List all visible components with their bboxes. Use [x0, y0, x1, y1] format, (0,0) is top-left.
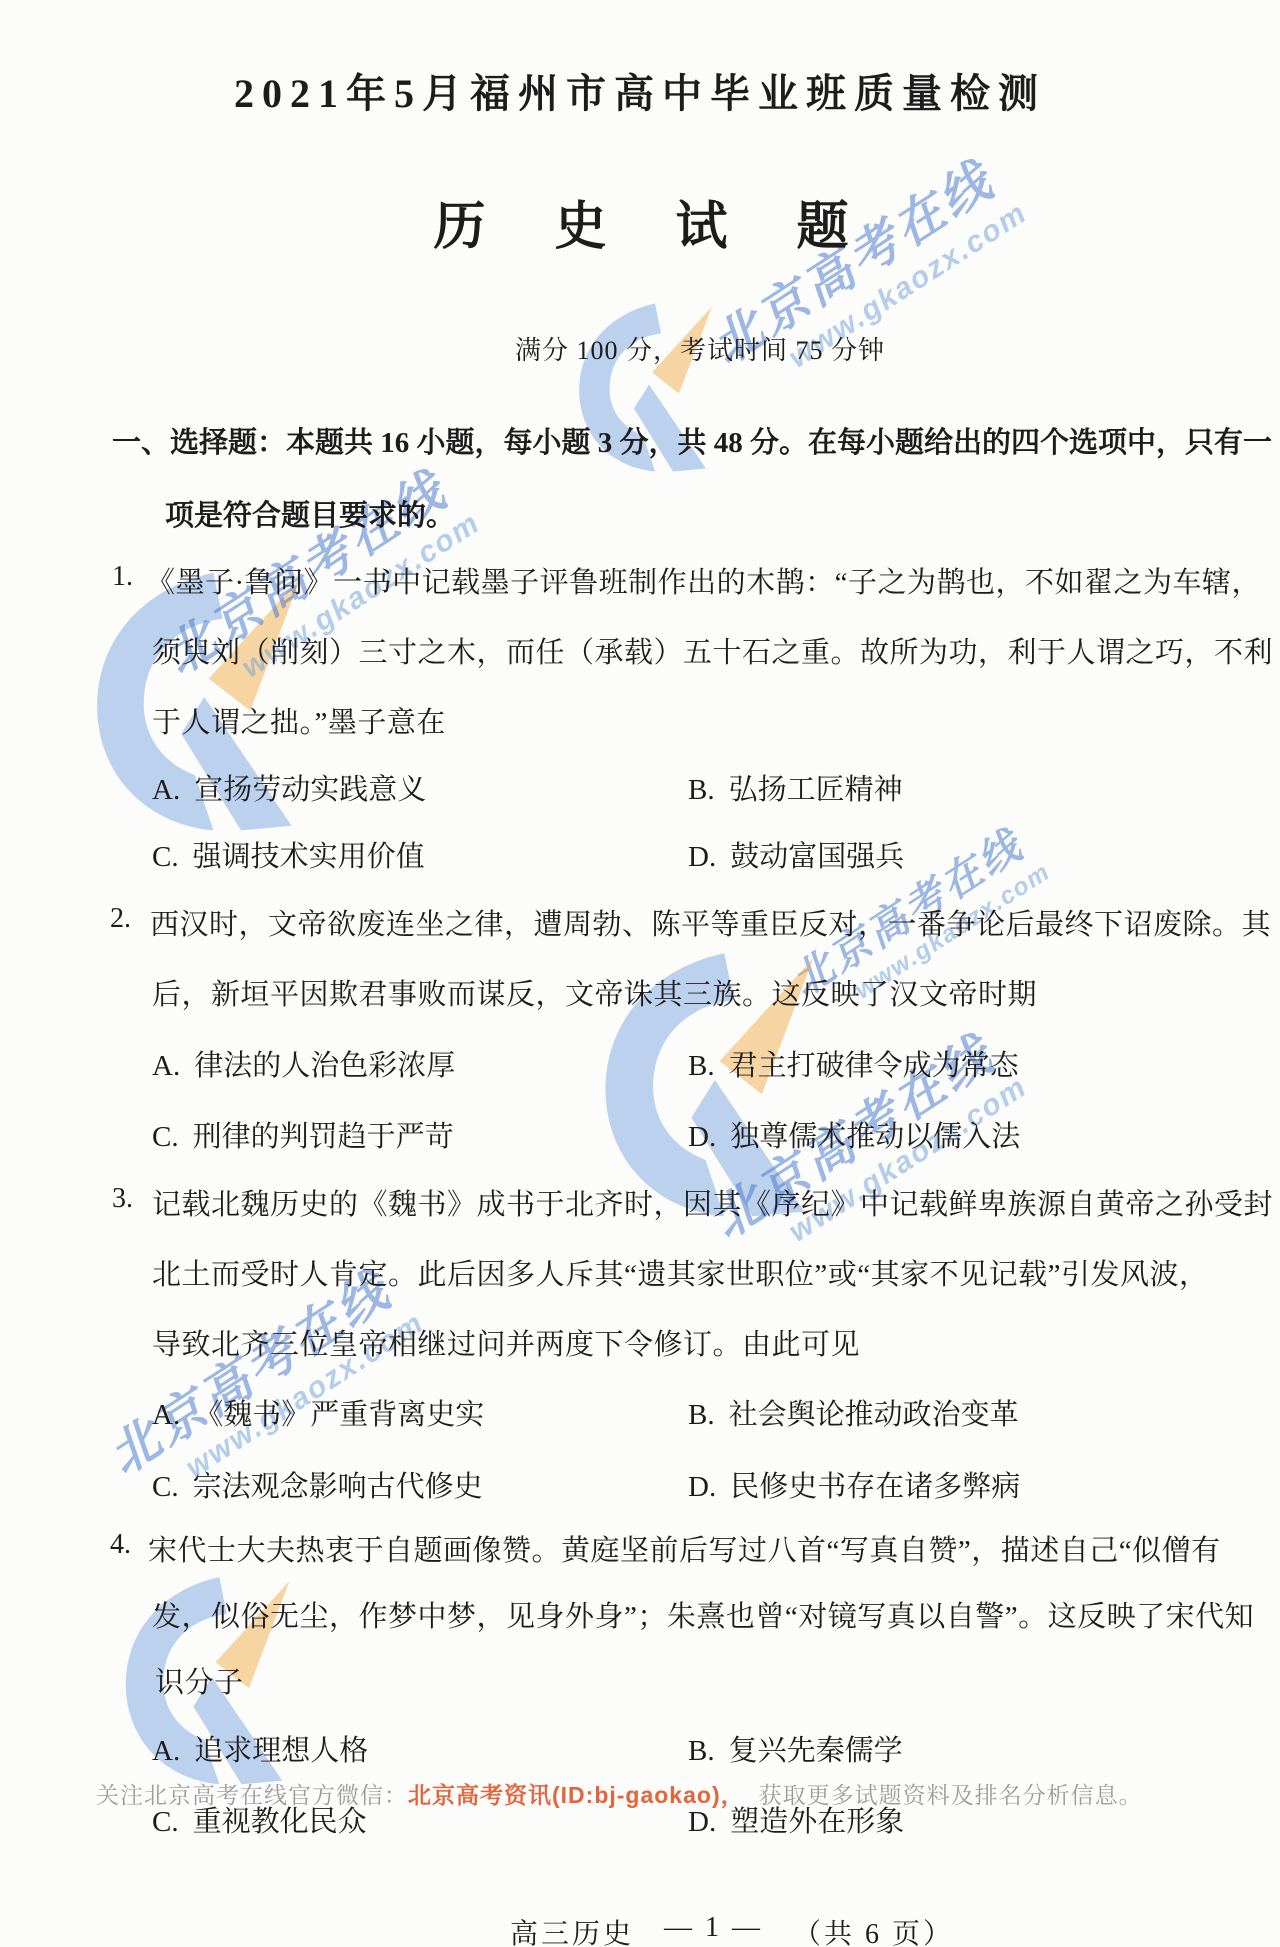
- option-text: 《魏书》严重背离史实: [194, 1399, 484, 1431]
- question-3-option-d: D.民修史书存在诸多弊病: [688, 1464, 1020, 1505]
- option-text: 塑造外在形象: [730, 1806, 904, 1838]
- option-label: C.: [152, 1471, 179, 1503]
- question-2-line: 后，新垣平因欺君事败而谋反，文帝诛其三族。这反映了汉文帝时期: [152, 972, 1037, 1013]
- question-2-option-b: B.君主打破律令成为常态: [688, 1043, 1019, 1084]
- option-text: 民修史书存在诸多弊病: [730, 1471, 1020, 1503]
- question-2-option-d: D.独尊儒术推动以儒入法: [688, 1114, 1020, 1155]
- promo-suffix: 获取更多试题资料及排名分析信息。: [759, 1782, 1143, 1808]
- option-label: A.: [152, 1735, 180, 1767]
- question-3-option-b: B.社会舆论推动政治变革: [688, 1392, 1019, 1433]
- option-text: 重视教化民众: [193, 1806, 367, 1838]
- question-1-option-d: D.鼓动富国强兵: [688, 834, 904, 875]
- question-2-option-a: A.律法的人治色彩浓厚: [152, 1043, 455, 1084]
- question-2-option-c: C.刑律的判罚趋于严苛: [152, 1114, 454, 1155]
- option-label: D.: [688, 1121, 716, 1153]
- question-4-line: 识分子: [155, 1660, 244, 1701]
- page-footer: 高三历史 — 1 — （共 6 页）: [510, 1912, 954, 1947]
- option-label: D.: [688, 1471, 716, 1503]
- option-text: 弘扬工匠精神: [729, 774, 903, 806]
- option-label: B.: [688, 1050, 715, 1082]
- option-text: 追求理想人格: [194, 1735, 368, 1767]
- option-text: 律法的人治色彩浓厚: [194, 1050, 455, 1082]
- question-3-line: 北土而受时人肯定。此后因多人斥其“遗其家世职位”或“其家不见记载”引发风波，: [152, 1252, 1209, 1293]
- question-3-option-c: C.宗法观念影响古代修史: [152, 1464, 483, 1505]
- section-header-line2: 项是符合题目要求的。: [165, 493, 455, 534]
- option-label: B.: [688, 1735, 715, 1767]
- page-title: 2021年5月福州市高中毕业班质量检测: [0, 62, 1280, 119]
- option-text: 复兴先秦儒学: [729, 1735, 903, 1767]
- option-label: C.: [152, 1806, 179, 1838]
- option-text: 宗法观念影响古代修史: [193, 1471, 483, 1503]
- option-text: 宣扬劳动实践意义: [194, 774, 426, 806]
- option-text: 独尊儒术推动以儒入法: [730, 1121, 1020, 1153]
- question-4-option-a: A.追求理想人格: [152, 1728, 368, 1769]
- question-3-line: 导致北齐三位皇帝相继过问并两度下令修订。由此可见: [152, 1322, 860, 1363]
- promo-bar: 关注北京高考在线官方微信：北京高考资讯(ID:bj-gaokao)，获取更多试题…: [96, 1777, 1143, 1810]
- exam-paper-page: 北京高考在线 www.gkaozx.com 北京高考在线 www.gkaozx.…: [0, 0, 1280, 1947]
- question-1-option-c: C.强调技术实用价值: [152, 834, 425, 875]
- question-3-line: 记载北魏历史的《魏书》成书于北齐时，因其《序纪》中记载鲜卑族源自黄帝之孙受封: [152, 1182, 1273, 1223]
- question-1-option-a: A.宣扬劳动实践意义: [152, 767, 426, 808]
- question-1-line: 须臾刘（削刻）三寸之木，而任（承载）五十石之重。故所为功，利于人谓之巧，不利: [152, 630, 1273, 671]
- exam-info: 满分 100 分，考试时间 75 分钟: [120, 330, 1280, 367]
- footer-subject: 高三历史: [510, 1912, 634, 1947]
- option-label: C.: [152, 841, 179, 873]
- question-1-number: 1.: [112, 561, 133, 593]
- option-text: 鼓动富国强兵: [730, 841, 904, 873]
- option-label: A.: [152, 1399, 180, 1431]
- footer-page-number: — 1 —: [664, 1912, 763, 1947]
- question-2-number: 2.: [110, 903, 131, 935]
- question-4-line: 发，似俗无尘，作梦中梦，见身外身”；朱熹也曾“对镜写真以自警”。这反映了宋代知: [152, 1594, 1254, 1635]
- question-2-line: 西汉时，文帝欲废连坐之律，遭周勃、陈平等重臣反对，一番争论后最终下诏废除。其: [150, 902, 1271, 943]
- question-1-line: 于人谓之拙。”墨子意在: [152, 700, 446, 741]
- option-label: A.: [152, 1050, 180, 1082]
- promo-wechat-id: 北京高考资讯(ID:bj-gaokao)，: [408, 1782, 745, 1808]
- option-label: D.: [688, 1806, 716, 1838]
- question-3-number: 3.: [112, 1183, 133, 1215]
- option-label: D.: [688, 841, 716, 873]
- option-label: B.: [688, 1399, 715, 1431]
- option-label: C.: [152, 1121, 179, 1153]
- page-subtitle: 历 史 试 题: [30, 184, 1280, 259]
- question-1-line: 《墨子·鲁问》一书中记载墨子评鲁班制作出的木鹊：“子之为鹊也，不如翟之为车辖，: [146, 560, 1261, 601]
- question-4-line: 宋代士大夫热衷于自题画像赞。黄庭坚前后写过八首“写真自赞”，描述自己“似僧有: [148, 1528, 1221, 1569]
- question-3-option-a: A.《魏书》严重背离史实: [152, 1392, 484, 1433]
- option-text: 强调技术实用价值: [193, 841, 425, 873]
- option-label: B.: [688, 774, 715, 806]
- option-label: A.: [152, 774, 180, 806]
- footer-total-pages: （共 6 页）: [793, 1912, 954, 1947]
- option-text: 君主打破律令成为常态: [729, 1050, 1019, 1082]
- option-text: 社会舆论推动政治变革: [729, 1399, 1019, 1431]
- section-header-line1: 一、选择题：本题共 16 小题，每小题 3 分，共 48 分。在每小题给出的四个…: [112, 420, 1272, 461]
- promo-prefix: 关注北京高考在线官方微信：: [96, 1782, 408, 1808]
- question-4-number: 4.: [110, 1529, 131, 1561]
- question-4-option-b: B.复兴先秦儒学: [688, 1728, 903, 1769]
- option-text: 刑律的判罚趋于严苛: [193, 1121, 454, 1153]
- question-1-option-b: B.弘扬工匠精神: [688, 767, 903, 808]
